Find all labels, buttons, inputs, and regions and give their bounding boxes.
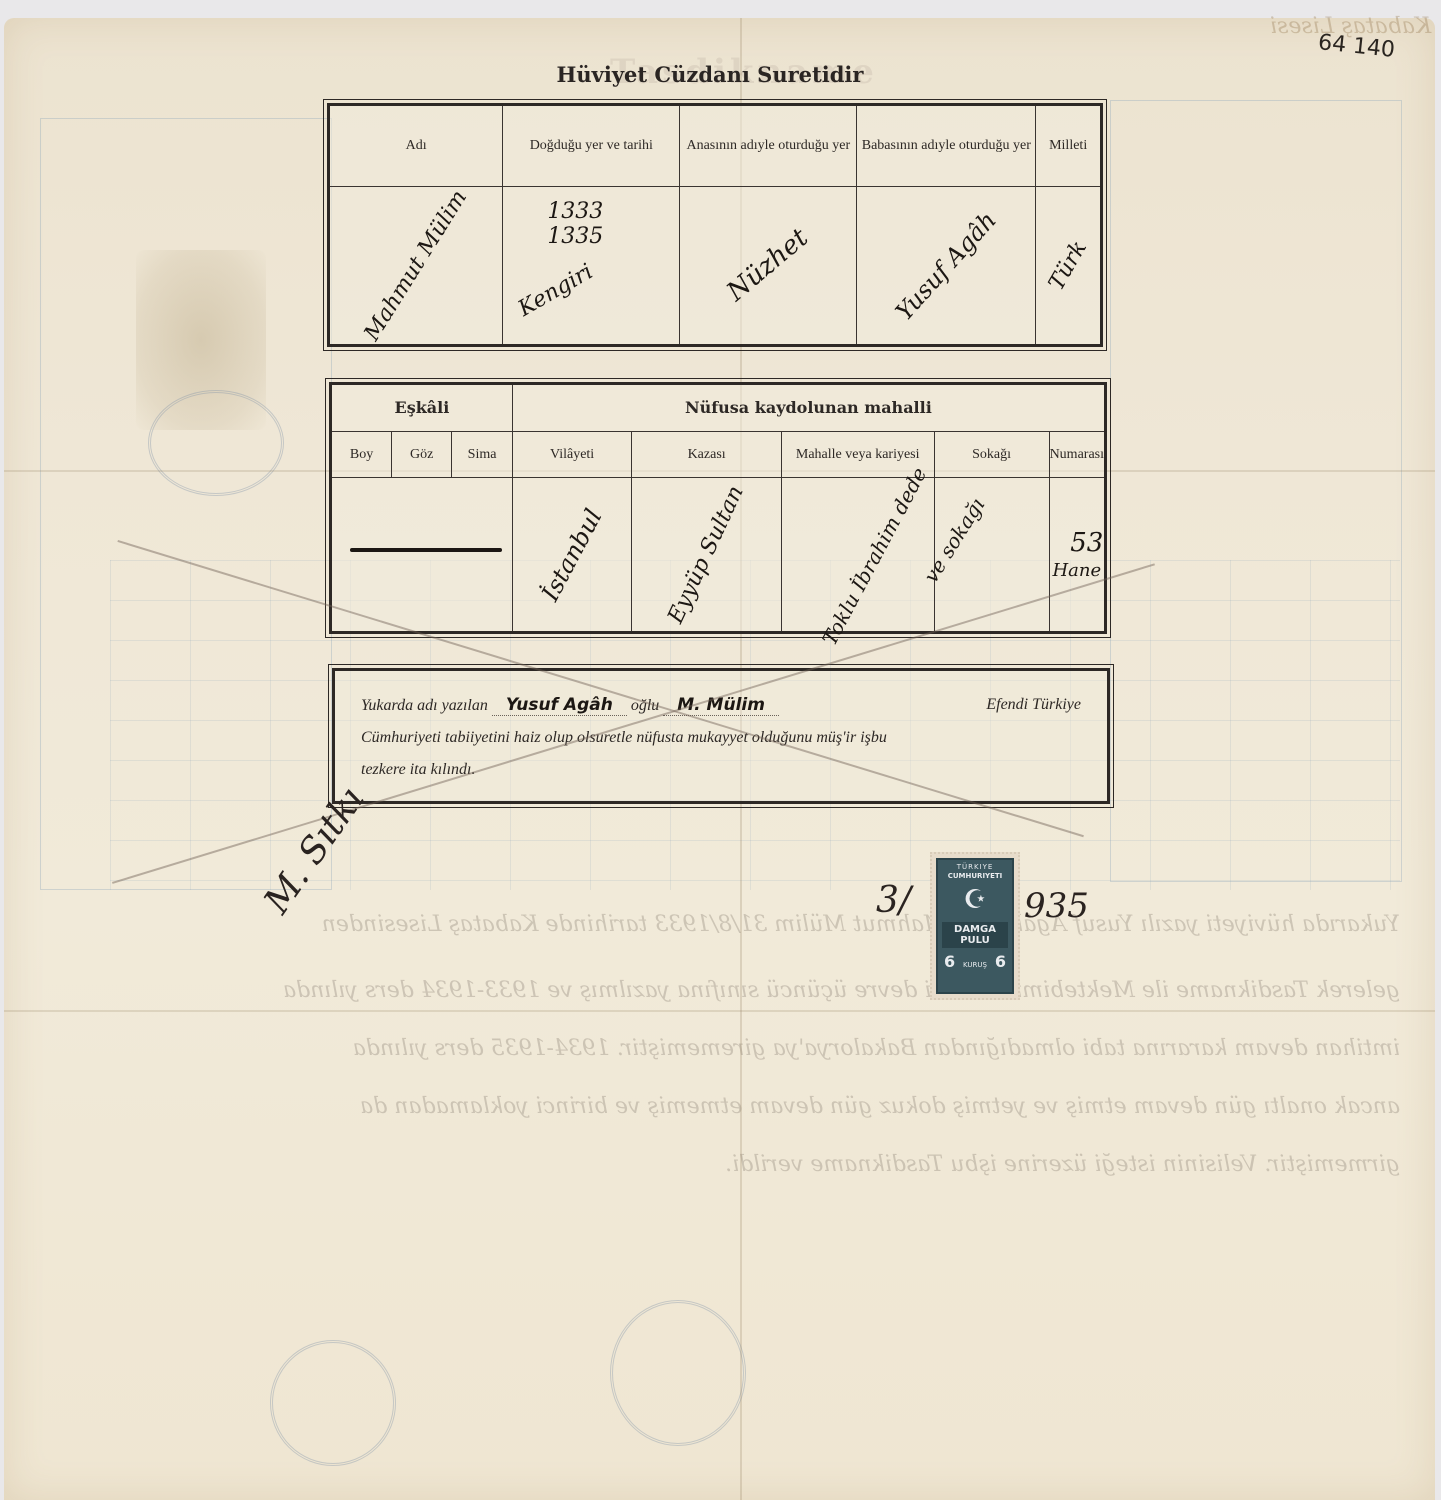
date-day: 3/ (876, 880, 911, 921)
group-registry-location: Nüfusa kaydolunan mahalli (512, 384, 1105, 432)
stamp-value-left: 6 (944, 952, 955, 971)
group-appearance: Eşkâli (331, 384, 513, 432)
cell-birth: 1333 1335 Kengiri (503, 187, 680, 346)
cell-name: Mahmut Mülim (329, 187, 503, 346)
identity-table: Adı Doğduğu yer ve tarihi Anasının adıyl… (327, 103, 1103, 347)
header-province: Vilâyeti (512, 432, 632, 478)
value-birth-place: Kengiri (514, 258, 599, 323)
value-neighborhood: Toklu İbrahim dede (817, 463, 932, 649)
statement-line-1: Yukarda adı yazılan Yusuf Agâh oğlu M. M… (361, 689, 1081, 722)
statement-line-3: tezkere ita kılındı. (361, 754, 1081, 786)
value-name: Mahmut Mülim (359, 185, 474, 346)
bleed-through-line-3: imtihan devam kararına tabi olmadığından… (60, 1036, 1400, 1061)
stamp-republic: CUMHURIYETI (938, 872, 1012, 880)
cell-province: İstanbul (512, 478, 632, 633)
cell-nationality: Türk (1036, 187, 1102, 346)
statement-father-fill: Yusuf Agâh (492, 695, 627, 716)
cell-appearance (331, 478, 513, 633)
value-province: İstanbul (535, 503, 608, 605)
bleed-through-line-4: ancak onaltı gün devam etmiş ve yetmiş d… (60, 1094, 1400, 1119)
header-father: Babasının adıyle oturduğu yer (857, 105, 1036, 187)
statement-line-2: Cümhuriyeti tabiiyetini haiz olup olsure… (361, 722, 1081, 754)
value-father: Yusuf Agâh (890, 205, 1003, 326)
registry-table: Eşkâli Nüfusa kaydolunan mahalli Boy Göz… (329, 382, 1107, 634)
cell-district: Eyyüp Sultan (632, 478, 782, 633)
revenue-stamp-face: TÜRKIYE CUMHURIYETI ☪ DAMGA PULU 6 6 KUR… (936, 858, 1014, 994)
value-birth-year-2: 1335 (547, 226, 603, 248)
header-street: Sokağı (934, 432, 1049, 478)
header-face: Sima (452, 432, 513, 478)
header-mother: Anasının adıyle oturduğu yer (680, 105, 857, 187)
value-number: 53 (1070, 527, 1103, 560)
statement-box: Yukarda adı yazılan Yusuf Agâh oğlu M. M… (332, 668, 1110, 804)
header-name: Adı (329, 105, 503, 187)
cell-mother: Nüzhet (680, 187, 857, 346)
cell-street: ve sokağı (934, 478, 1049, 633)
value-birth-year-1: 1333 (547, 201, 603, 223)
star-crescent-icon: ☪ (938, 880, 1012, 920)
revenue-stamp: TÜRKIYE CUMHURIYETI ☪ DAMGA PULU 6 6 KUR… (930, 852, 1020, 1000)
faint-seal-left (148, 390, 284, 496)
document-title: Hüviyet Cüzdanı Suretidir (330, 62, 1090, 87)
header-birth-place-date: Doğduğu yer ve tarihi (503, 105, 680, 187)
stamp-value-right: 6 (995, 952, 1006, 971)
header-nationality: Milleti (1036, 105, 1102, 187)
value-nationality: Türk (1043, 236, 1093, 295)
cell-neighborhood: Toklu İbrahim dede (781, 478, 934, 633)
stamp-country: TÜRKIYE (938, 860, 1012, 871)
header-eye: Göz (392, 432, 452, 478)
value-mother: Nüzhet (721, 222, 815, 308)
value-district: Eyyüp Sultan (663, 481, 751, 627)
cell-father: Yusuf Agâh (857, 187, 1036, 346)
faint-seal-bottom (610, 1300, 746, 1446)
statement-part-1: Yukarda adı yazılan (361, 697, 488, 714)
header-number: Numarası (1049, 432, 1105, 478)
header-district: Kazası (632, 432, 782, 478)
fold-line-horizontal-2 (4, 1010, 1435, 1012)
date-year: 935 (1024, 886, 1089, 926)
bleed-through-line-5: girmemiştir. Velisinin isteği üzerine iş… (60, 1152, 1400, 1177)
bleed-through-line-2: gelerek Tasdikname ile Mektebimiz birinc… (60, 978, 1400, 1003)
statement-part-3: Efendi Türkiye (986, 689, 1081, 721)
bleed-through-line-1: Yukarıda hüviyeti yazılı Yusuf Agâh oğlu… (60, 912, 1400, 937)
appearance-dash-line (350, 548, 502, 552)
faint-seal-bottom-left (270, 1340, 396, 1466)
stamp-label: DAMGA PULU (942, 922, 1008, 948)
value-number-suffix: Hane (1052, 560, 1101, 583)
header-height: Boy (331, 432, 392, 478)
cell-number: 53 Hane (1049, 478, 1105, 633)
